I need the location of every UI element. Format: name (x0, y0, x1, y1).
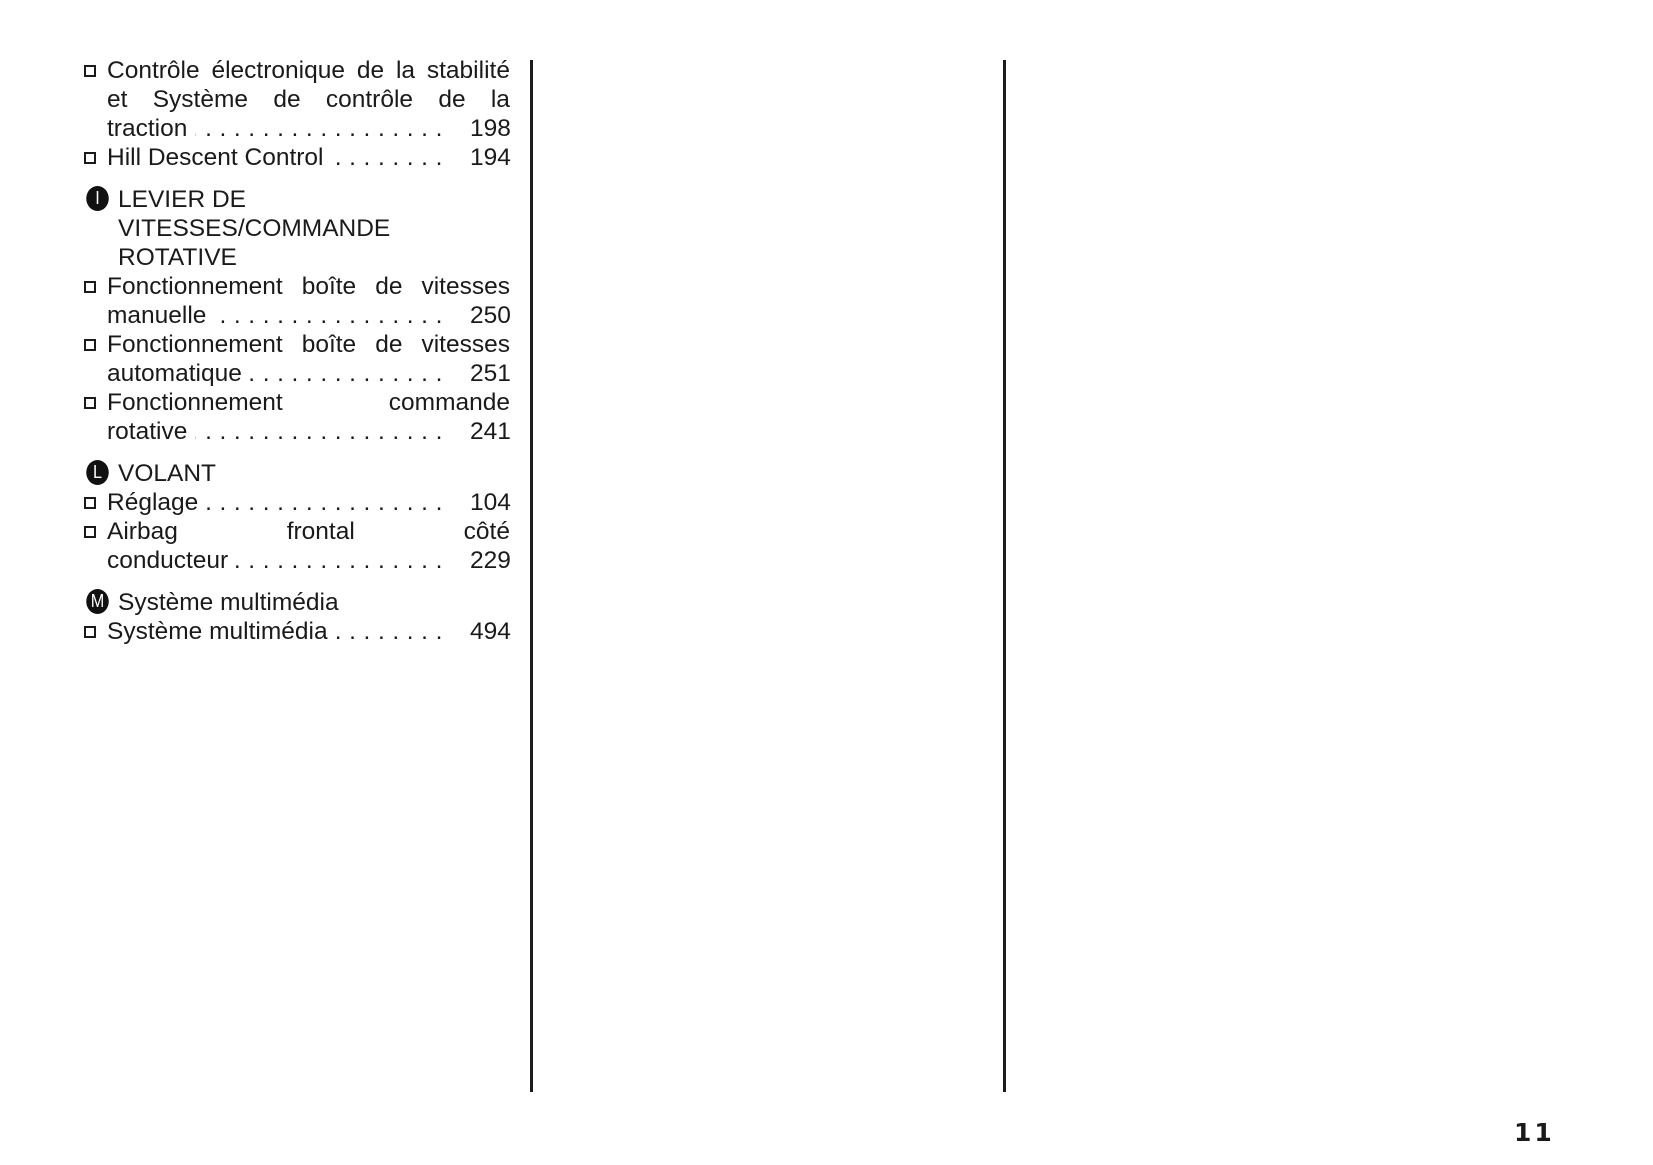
section-heading-text: Système multimédia (118, 588, 510, 617)
entry-leader-line: Réglage.................................… (107, 488, 510, 517)
entry-text-line: Contrôleélectroniquedelastabilité (107, 56, 510, 85)
dot-leader: ........................................… (206, 488, 450, 517)
index-entry[interactable]: Système multimédia......................… (82, 617, 510, 646)
letter-badge-icon: M (86, 589, 109, 614)
entry-text-line: Airbagfrontalcôté (107, 517, 510, 546)
dot-leader: ........................................… (236, 546, 450, 575)
entry-leader-line: conducteur..............................… (107, 546, 510, 575)
page-reference[interactable]: 229 (470, 546, 510, 575)
checkbox-square-icon (84, 626, 96, 638)
dot-leader: ........................................… (250, 359, 450, 388)
checkbox-square-icon (84, 497, 96, 509)
entry-title: traction (107, 114, 187, 143)
entry-leader-line: rotative................................… (107, 417, 510, 446)
entry-title: automatique (107, 359, 242, 388)
entry-title: rotative (107, 417, 187, 446)
page-reference[interactable]: 198 (470, 114, 510, 143)
entry-title: Système multimédia (107, 617, 328, 646)
index-entry[interactable]: Fonctionnementboîtedevitessesautomatique… (82, 330, 510, 388)
index-entry[interactable]: ContrôleélectroniquedelastabilitéetSystè… (82, 56, 510, 143)
entry-text-line: Fonctionnementboîtedevitesses (107, 272, 510, 301)
entry-leader-line: automatique.............................… (107, 359, 510, 388)
entry-leader-line: Système multimédia......................… (107, 617, 510, 646)
page-number: 11 (1514, 1118, 1555, 1147)
column-divider-left (530, 60, 533, 1092)
index-section-stability: ContrôleélectroniquedelastabilitéetSystè… (82, 56, 510, 172)
section-heading-text: VOLANT (118, 459, 510, 488)
section-heading-text: ROTATIVE (118, 243, 510, 272)
entry-text-line: etSystèmedecontrôledela (107, 85, 510, 114)
page-reference[interactable]: 194 (470, 143, 510, 172)
entry-text-line: Fonctionnementboîtedevitesses (107, 330, 510, 359)
page-reference[interactable]: 241 (470, 417, 510, 446)
index-entry[interactable]: Hill Descent Control....................… (82, 143, 510, 172)
entry-text-line: Fonctionnementcommande (107, 388, 510, 417)
section-heading: ILEVIER DE VITESSES/COMMANDEROTATIVE (82, 185, 510, 272)
dot-leader: ........................................… (195, 417, 450, 446)
checkbox-square-icon (84, 397, 96, 409)
checkbox-square-icon (84, 526, 96, 538)
section-heading: MSystème multimédia (82, 588, 510, 617)
dot-leader: ........................................… (214, 301, 450, 330)
entry-title: manuelle (107, 301, 206, 330)
entry-leader-line: Hill Descent Control....................… (107, 143, 510, 172)
index-section-gear-lever: ILEVIER DE VITESSES/COMMANDEROTATIVEFonc… (82, 185, 510, 446)
checkbox-square-icon (84, 152, 96, 164)
entry-leader-line: manuelle................................… (107, 301, 510, 330)
letter-badge-icon: L (86, 460, 109, 485)
index-entry[interactable]: Réglage.................................… (82, 488, 510, 517)
index-column: ContrôleélectroniquedelastabilitéetSystè… (82, 56, 510, 646)
dot-leader: ........................................… (336, 617, 450, 646)
entry-leader-line: traction................................… (107, 114, 510, 143)
page-reference[interactable]: 250 (470, 301, 510, 330)
dot-leader: ........................................… (332, 143, 451, 172)
index-section-multimedia: MSystème multimédiaSystème multimédia...… (82, 588, 510, 646)
index-entry[interactable]: Airbagfrontalcôtéconducteur.............… (82, 517, 510, 575)
entry-title: Réglage (107, 488, 198, 517)
index-entry[interactable]: Fonctionnementboîtedevitessesmanuelle...… (82, 272, 510, 330)
entry-title: conducteur (107, 546, 228, 575)
index-entry[interactable]: Fonctionnementcommanderotative..........… (82, 388, 510, 446)
section-heading-text: LEVIER DE VITESSES/COMMANDE (118, 185, 510, 243)
index-section-steering-wheel: LVOLANTRéglage..........................… (82, 459, 510, 575)
entry-title: Hill Descent Control (107, 143, 324, 172)
letter-badge-icon: I (86, 186, 109, 211)
page-reference[interactable]: 251 (470, 359, 510, 388)
checkbox-square-icon (84, 65, 96, 77)
column-divider-right (1003, 60, 1006, 1092)
checkbox-square-icon (84, 281, 96, 293)
dot-leader: ........................................… (195, 114, 450, 143)
page-reference[interactable]: 104 (470, 488, 510, 517)
checkbox-square-icon (84, 339, 96, 351)
section-heading: LVOLANT (82, 459, 510, 488)
page-reference[interactable]: 494 (470, 617, 510, 646)
